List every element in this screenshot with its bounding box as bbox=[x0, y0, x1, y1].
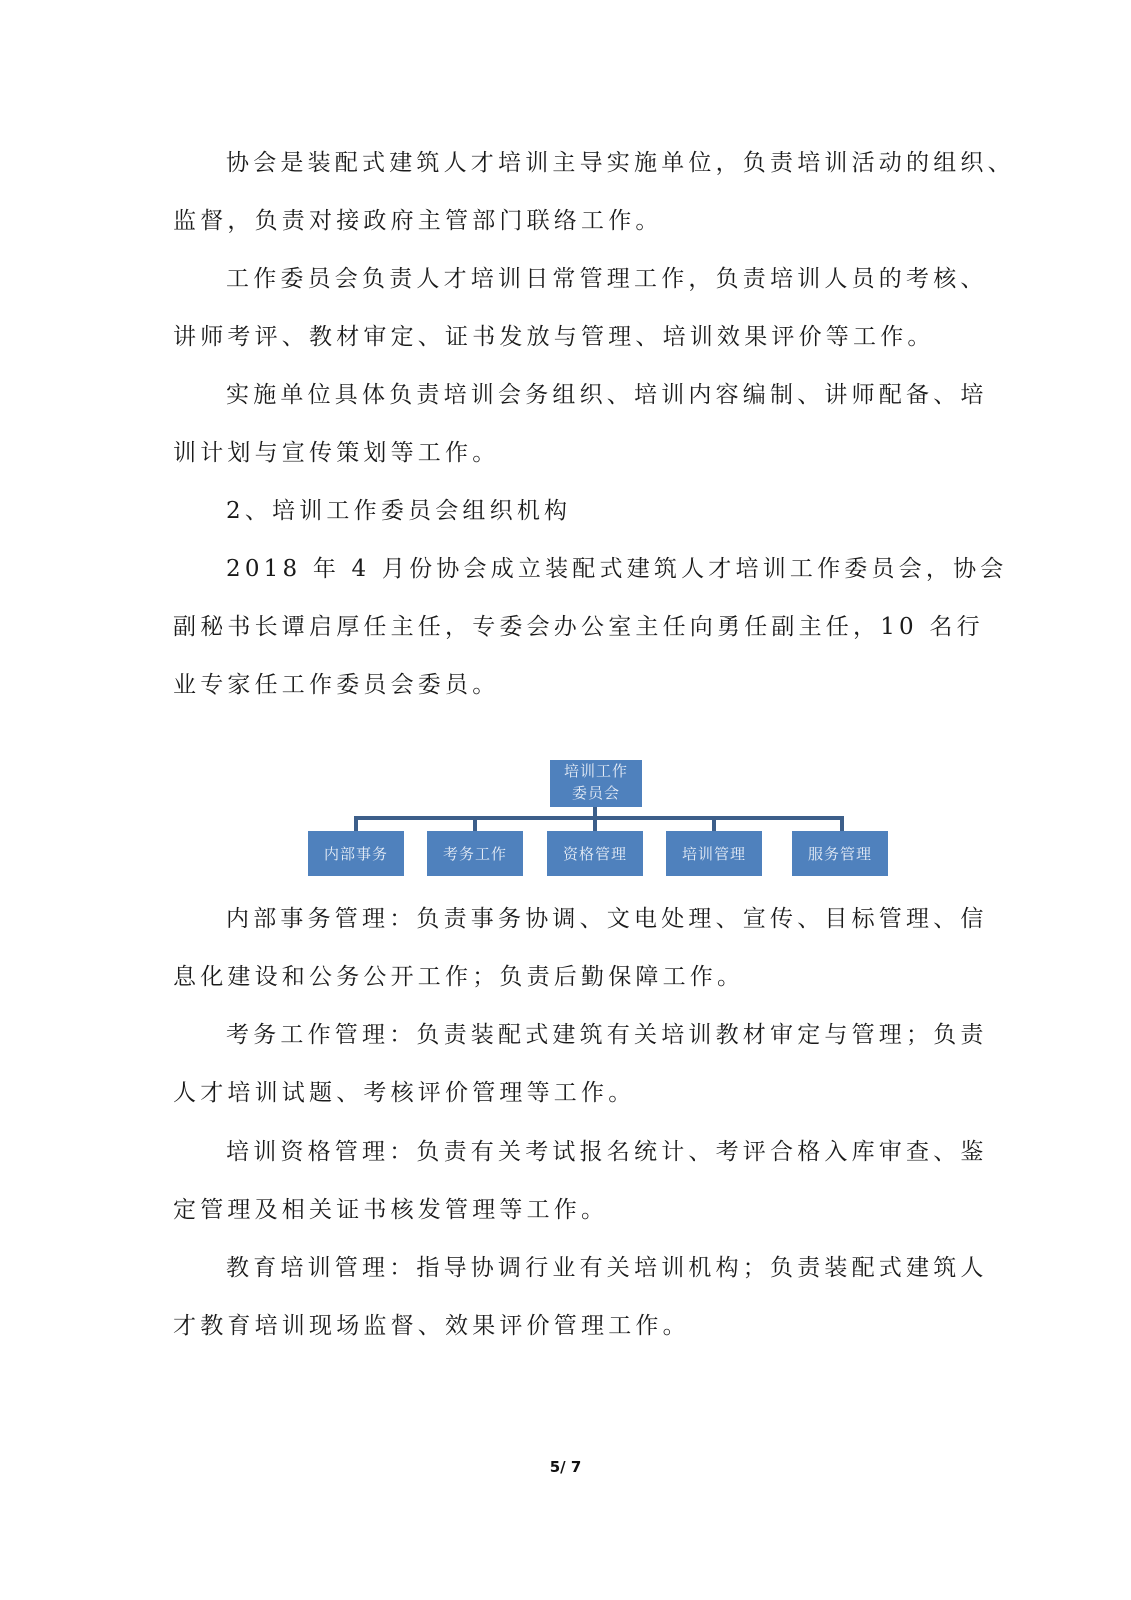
org-node-label: 考务工作 bbox=[443, 843, 507, 864]
paragraph-line: 息化建设和公务公开工作；负责后勤保障工作。 bbox=[173, 962, 744, 992]
page-number: 5/ 7 bbox=[0, 1458, 1131, 1476]
org-connector-drop bbox=[840, 816, 844, 831]
paragraph-line: 教育培训管理：指导协调行业有关培训机构；负责装配式建筑人 bbox=[226, 1253, 988, 1283]
paragraph-line: 才教育培训现场监督、效果评价管理工作。 bbox=[173, 1311, 690, 1341]
paragraph-line: 定管理及相关证书核发管理等工作。 bbox=[173, 1195, 608, 1225]
org-node-root-line2: 委员会 bbox=[572, 782, 620, 804]
paragraph-line: 协会是装配式建筑人才培训主导实施单位，负责培训活动的组织、 bbox=[226, 148, 1015, 178]
org-node-exam-affairs: 考务工作 bbox=[427, 831, 523, 876]
org-node-label: 服务管理 bbox=[808, 843, 872, 864]
org-chart: 培训工作 委员会 内部事务 考务工作 资格管理 培训管理 服务管理 bbox=[0, 0, 1131, 1600]
paragraph-line: 工作委员会负责人才培训日常管理工作，负责培训人员的考核、 bbox=[226, 264, 988, 294]
document-page: 协会是装配式建筑人才培训主导实施单位，负责培训活动的组织、 监督，负责对接政府主… bbox=[0, 0, 1131, 1600]
paragraph-line: 人才培训试题、考核评价管理等工作。 bbox=[173, 1078, 635, 1108]
org-connector-stem bbox=[593, 807, 597, 820]
org-connector-bar bbox=[354, 816, 844, 820]
org-node-service: 服务管理 bbox=[792, 831, 888, 876]
org-node-label: 内部事务 bbox=[324, 843, 388, 864]
paragraph-line: 监督，负责对接政府主管部门联络工作。 bbox=[173, 206, 663, 236]
org-connector-drop bbox=[473, 816, 477, 831]
org-node-label: 资格管理 bbox=[563, 843, 627, 864]
paragraph-line: 内部事务管理：负责事务协调、文电处理、宣传、目标管理、信 bbox=[226, 904, 988, 934]
paragraph-line: 培训资格管理：负责有关考试报名统计、考评合格入库审查、鉴 bbox=[226, 1137, 988, 1167]
paragraph-line: 2018 年 4 月份协会成立装配式建筑人才培训工作委员会，协会 bbox=[226, 554, 1008, 584]
org-connector-drop bbox=[593, 816, 597, 831]
section-heading: 2、培训工作委员会组织机构 bbox=[226, 496, 571, 526]
org-node-label: 培训管理 bbox=[682, 843, 746, 864]
org-connector-drop bbox=[712, 816, 716, 831]
paragraph-line: 副秘书长谭启厚任主任，专委会办公室主任向勇任副主任，10 名行 bbox=[173, 612, 984, 642]
paragraph-line: 训计划与宣传策划等工作。 bbox=[173, 438, 499, 468]
paragraph-line: 考务工作管理：负责装配式建筑有关培训教材审定与管理；负责 bbox=[226, 1020, 988, 1050]
paragraph-line: 讲师考评、教材审定、证书发放与管理、培训效果评价等工作。 bbox=[173, 322, 935, 352]
org-node-internal-affairs: 内部事务 bbox=[308, 831, 404, 876]
org-node-root: 培训工作 委员会 bbox=[550, 760, 642, 807]
org-node-qualification: 资格管理 bbox=[547, 831, 643, 876]
org-node-root-line1: 培训工作 bbox=[564, 760, 628, 782]
paragraph-line: 实施单位具体负责培训会务组织、培训内容编制、讲师配备、培 bbox=[226, 380, 988, 410]
org-connector-drop bbox=[354, 816, 358, 831]
org-node-training: 培训管理 bbox=[666, 831, 762, 876]
paragraph-line: 业专家任工作委员会委员。 bbox=[173, 670, 499, 700]
